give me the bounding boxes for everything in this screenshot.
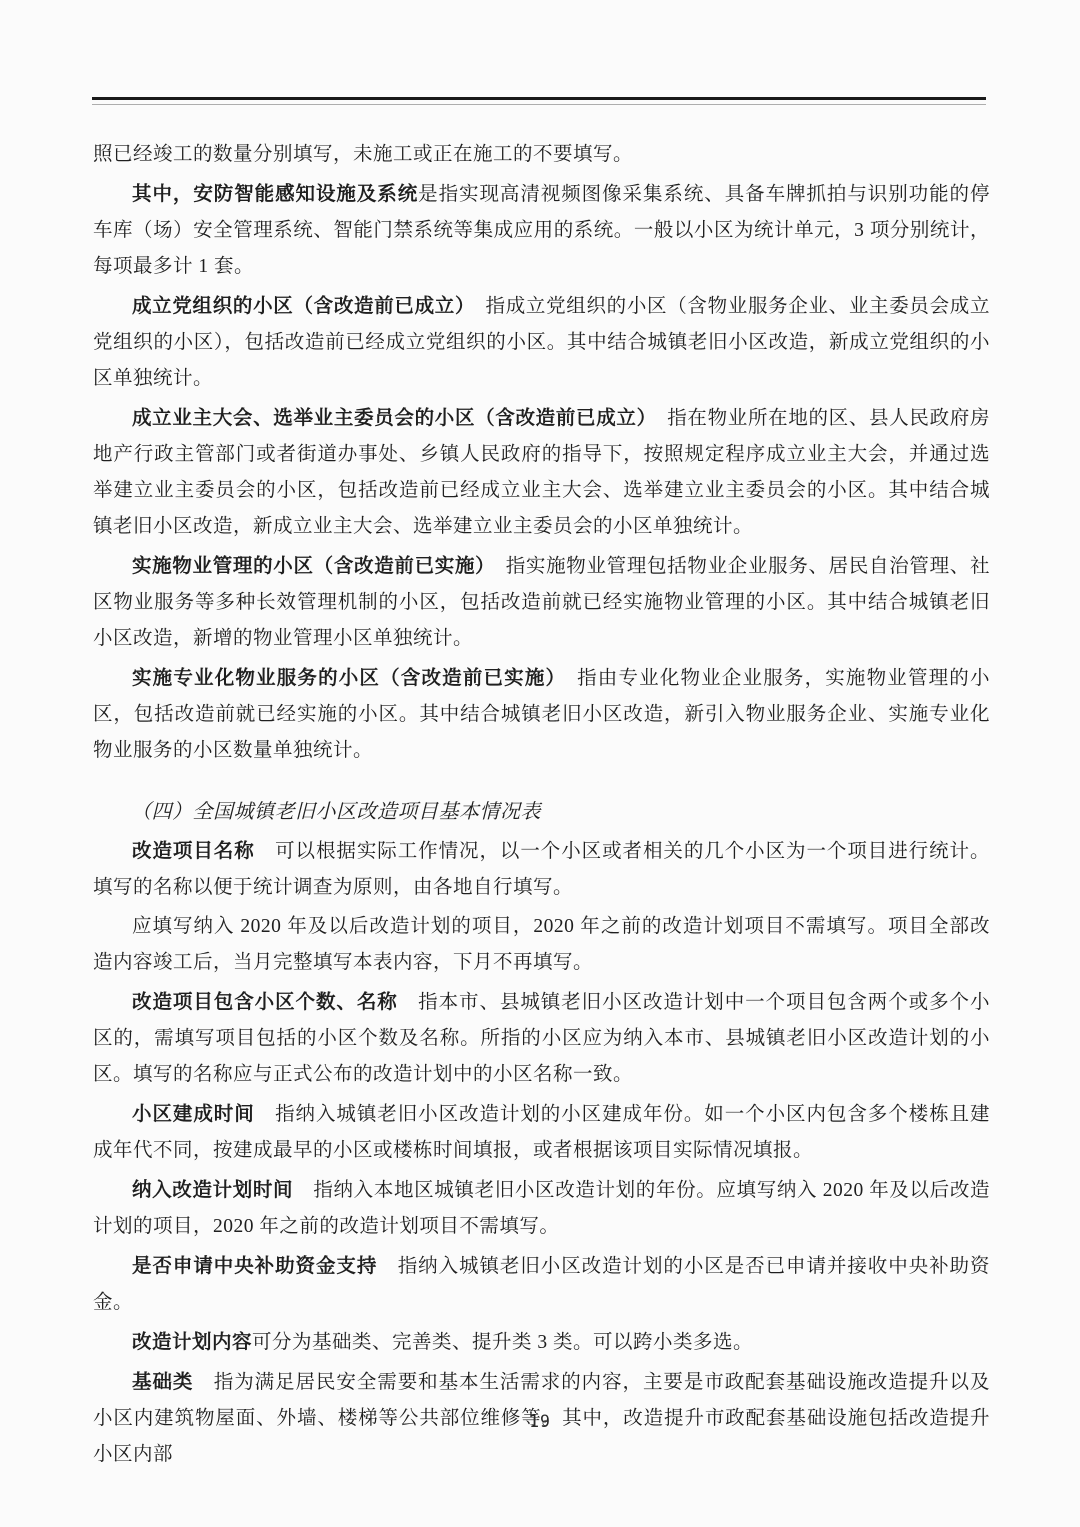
term-label: 其中，安防智能感知设施及系统 — [132, 183, 418, 205]
body-paragraph: 照已经竣工的数量分别填写，未施工或正在施工的不要填写。 — [93, 137, 990, 173]
term-label: 是否申请中央补助资金支持 — [132, 1255, 377, 1277]
body-paragraph: 纳入改造计划时间 指纳入本地区城镇老旧小区改造计划的年份。应填写纳入 2020 … — [93, 1172, 990, 1245]
term-label: 改造项目名称 — [132, 840, 255, 862]
term-label: 改造计划内容 — [132, 1331, 252, 1353]
term-label: 基础类 — [132, 1371, 193, 1393]
paragraph-text: 可分为基础类、完善类、提升类 3 类。可以跨小类多选。 — [252, 1332, 753, 1353]
header-rule-thick — [92, 97, 986, 100]
page-number: 19 — [0, 1412, 1080, 1431]
body-paragraph: 成立业主大会、选举业主委员会的小区（含改造前已成立） 指在物业所在地的区、县人民… — [93, 400, 990, 545]
term-label: 成立党组织的小区（含改造前已成立） — [132, 295, 465, 317]
body-paragraph: 是否申请中央补助资金支持 指纳入城镇老旧小区改造计划的小区是否已申请并接收中央补… — [93, 1248, 990, 1321]
paragraph-text: 应填写纳入 2020 年及以后改造计划的项目，2020 年之前的改造计划项目不需… — [93, 916, 990, 973]
body-paragraph: 小区建成时间 指纳入城镇老旧小区改造计划的小区建成年份。如一个小区内包含多个楼栋… — [93, 1096, 990, 1169]
body-paragraph: 改造项目名称 可以根据实际工作情况，以一个小区或者相关的几个小区为一个项目进行统… — [93, 833, 990, 906]
body-paragraph: 改造计划内容可分为基础类、完善类、提升类 3 类。可以跨小类多选。 — [93, 1324, 990, 1361]
term-label: 纳入改造计划时间 — [132, 1179, 293, 1201]
document-page: 照已经竣工的数量分别填写，未施工或正在施工的不要填写。 其中，安防智能感知设施及… — [0, 0, 1080, 1527]
body-paragraph: 改造项目包含小区个数、名称 指本市、县城镇老旧小区改造计划中一个项目包含两个或多… — [93, 984, 990, 1093]
term-label: 成立业主大会、选举业主委员会的小区（含改造前已成立） — [132, 407, 647, 429]
term-label: 实施专业化物业服务的小区（含改造前已实施） — [132, 667, 556, 689]
body-paragraph: 应填写纳入 2020 年及以后改造计划的项目，2020 年之前的改造计划项目不需… — [93, 909, 990, 981]
body-paragraph: 实施物业管理的小区（含改造前已实施） 指实施物业管理包括物业企业服务、居民自治管… — [93, 548, 990, 657]
term-label: 小区建成时间 — [132, 1103, 255, 1125]
term-label: 改造项目包含小区个数、名称 — [132, 991, 398, 1013]
header-rule-thin — [92, 104, 986, 105]
body-paragraph: 成立党组织的小区（含改造前已成立） 指成立党组织的小区（含物业服务企业、业主委员… — [93, 288, 990, 397]
term-label: 实施物业管理的小区（含改造前已实施） — [132, 555, 486, 577]
section-heading: （四）全国城镇老旧小区改造项目基本情况表 — [93, 794, 990, 830]
body-paragraph: 实施专业化物业服务的小区（含改造前已实施） 指由专业化物业企业服务，实施物业管理… — [93, 660, 990, 769]
document-body: 照已经竣工的数量分别填写，未施工或正在施工的不要填写。 其中，安防智能感知设施及… — [93, 137, 990, 1476]
body-paragraph: 其中，安防智能感知设施及系统是指实现高清视频图像采集系统、具备车牌抓拍与识别功能… — [93, 176, 990, 285]
paragraph-text: 照已经竣工的数量分别填写，未施工或正在施工的不要填写。 — [93, 144, 633, 165]
